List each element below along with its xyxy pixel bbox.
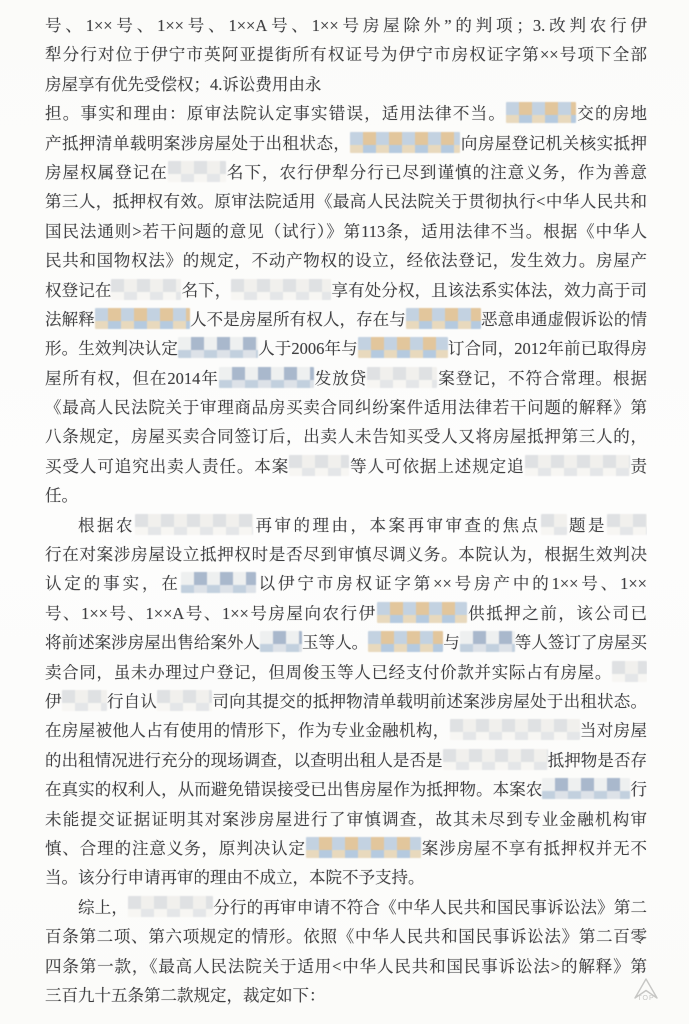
redaction-blur bbox=[157, 690, 212, 711]
document-line: 法解释人不是房屋所有权人，存在与恶意串通虚假诉讼的情 bbox=[45, 305, 647, 334]
text-run: 与 bbox=[443, 633, 460, 652]
redaction-blur bbox=[168, 161, 226, 182]
redaction-blur bbox=[541, 514, 567, 535]
text-run: 八条规定，房屋买卖合同签订后，出卖人未告知买受人又将房屋抵押第三人的， bbox=[45, 427, 647, 446]
redaction-blur bbox=[306, 837, 421, 858]
redaction-blur bbox=[367, 367, 437, 388]
court-ruling-document: 号、1××号、1××号、1××A号、1××号房屋除外”的判项；3.改判农行伊犁分… bbox=[0, 0, 689, 1010]
text-run: 认定的事实，在 bbox=[45, 574, 181, 593]
text-run: 第三人，抵押权有效。原审法院适用《最高人民法院关于贯彻执行<中华人民共和 bbox=[45, 192, 647, 211]
text-run: 号、1××号、1××A号、1××号房屋向农行伊 bbox=[45, 604, 377, 623]
text-run: 以伊宁市房权证字第××号房产中的1××号、1×× bbox=[256, 574, 647, 593]
text-run: 法解释 bbox=[45, 310, 95, 329]
redaction-blur bbox=[450, 719, 580, 740]
redaction-blur bbox=[181, 572, 256, 593]
redaction-blur bbox=[111, 279, 181, 300]
redaction-blur bbox=[525, 455, 630, 476]
document-line: 房屋享有优先受偿权；4.诉讼费用由永 bbox=[45, 70, 647, 99]
text-run: 三百九十五条第二款规定，裁定如下： bbox=[45, 986, 326, 1005]
document-line: 民共和国物权法》的规定，不动产物权的设立，经依法登记，发生效力。房屋产 bbox=[45, 246, 647, 275]
text-run: 房屋享有优先受偿权；4.诉讼费用由永 bbox=[45, 75, 321, 94]
document-line: 伊行自认司向其提交的抵押物清单载明前述案涉房屋处于出租状态。 bbox=[45, 687, 647, 716]
text-run: 产抵押清单载明案涉房屋处于出租状态， bbox=[45, 134, 350, 153]
text-run: 在房屋被他人占有使用的情形下，作为专业金融机构， bbox=[45, 721, 450, 740]
redaction-blur bbox=[219, 367, 314, 388]
text-run: 任。 bbox=[45, 486, 78, 505]
redaction-blur bbox=[135, 514, 253, 535]
redaction-blur bbox=[460, 631, 515, 652]
redaction-blur bbox=[506, 102, 576, 123]
text-run: 人不是房屋所有权人，存在与 bbox=[190, 310, 406, 329]
text-run: 的出租情况进行充分的现场调查，以查明出租人是否是 bbox=[45, 751, 443, 770]
text-run: 四条第一款，《最高人民法院关于适用<中华人民共和国民事诉讼法>的解释》第 bbox=[45, 957, 647, 976]
document-line: 将前述案涉房屋出售给案外人玉等人。与等人签订了房屋买 bbox=[45, 628, 647, 657]
text-run: 当。该分行申请再审的理由不成立，本院不予支持。 bbox=[45, 868, 425, 887]
text-run: 行 bbox=[630, 780, 647, 799]
text-run: 等人签订了房屋买 bbox=[515, 633, 647, 652]
document-line: 四条第一款，《最高人民法院关于适用<中华人民共和国民事诉讼法>的解释》第 bbox=[45, 952, 647, 981]
text-run: 未能提交证据证明其对案涉房屋进行了审慎调查，故其未尽到专业金融机构审 bbox=[45, 810, 647, 829]
text-run: 综上， bbox=[78, 898, 128, 917]
text-run: 号、1××号、1××号、1××A号、1××号房屋除外”的判项；3.改判农行伊 bbox=[45, 16, 647, 35]
redaction-blur bbox=[607, 514, 647, 535]
text-run: 百条第二项、第六项规定的情形。依照《中华人民共和国民事诉讼法》第二百零 bbox=[45, 927, 647, 946]
document-line: 在真实的权利人，从而避免错误接受已出售房屋作为抵押物。本案农行 bbox=[45, 775, 647, 804]
document-line: 买受人可追究出卖人责任。本案等人可依据上述规定追责 bbox=[45, 452, 647, 481]
text-run: 交的房地 bbox=[576, 104, 647, 123]
text-run: 买受人可追究出卖人责任。本案 bbox=[45, 457, 289, 476]
text-run: 发放贷 bbox=[314, 369, 367, 388]
text-run: 等人可依据上述规定追 bbox=[349, 457, 524, 476]
document-line: 担。事实和理由：原审法院认定事实错误，适用法律不当。交的房地 bbox=[45, 99, 647, 128]
text-run: 房屋权属登记在 bbox=[45, 163, 168, 182]
document-line: 的出租情况进行充分的现场调查，以查明出租人是否是抵押物是否存 bbox=[45, 746, 647, 775]
text-run: 权登记在 bbox=[45, 281, 111, 300]
text-run: 犁分行对位于伊宁市英阿亚提街所有权证号为伊宁市房权证字第××号项下全部 bbox=[45, 45, 647, 64]
text-run: 行在对案涉房屋设立抵押权时是否尽到审慎尽调义务。本院认为，根据生效判决 bbox=[45, 545, 647, 564]
document-line: 认定的事实，在以伊宁市房权证字第××号房产中的1××号、1×× bbox=[45, 569, 647, 598]
text-run: 人于2006年与 bbox=[258, 339, 358, 358]
text-run: 担。事实和理由：原审法院认定事实错误，适用法律不当。 bbox=[45, 104, 506, 123]
text-run: 名下， bbox=[181, 281, 231, 300]
document-line: 行在对案涉房屋设立抵押权时是否尽到审慎尽调义务。本院认为，根据生效判决 bbox=[45, 540, 647, 569]
redaction-blur bbox=[443, 749, 548, 770]
text-run: 司向其提交的抵押物清单载明前述案涉房屋处于出租状态。 bbox=[212, 692, 647, 711]
redaction-blur bbox=[62, 690, 107, 711]
text-run: 慎、合理的注意义务，原判决认定 bbox=[45, 839, 306, 858]
redaction-blur bbox=[612, 661, 647, 682]
document-line: 三百九十五条第二款规定，裁定如下： bbox=[45, 981, 647, 1010]
redaction-blur bbox=[406, 308, 481, 329]
text-run: 根据农 bbox=[78, 516, 135, 535]
redaction-blur bbox=[358, 337, 448, 358]
redaction-blur bbox=[260, 631, 302, 652]
document-line: 号、1××号、1××A号、1××号房屋向农行伊供抵押之前，该公司已 bbox=[45, 599, 647, 628]
document-line: 号、1××号、1××号、1××A号、1××号房屋除外”的判项；3.改判农行伊 bbox=[45, 11, 647, 40]
text-run: 分行的再审申请不符合《中华人民共和国民事诉讼法》第二 bbox=[213, 898, 647, 917]
document-text-block: 号、1××号、1××号、1××A号、1××号房屋除外”的判项；3.改判农行伊犁分… bbox=[45, 11, 647, 1010]
document-line: 综上，分行的再审申请不符合《中华人民共和国民事诉讼法》第二 bbox=[45, 893, 647, 922]
document-line: 任。 bbox=[45, 481, 647, 510]
text-run: 案涉房屋不享有抵押权并无不 bbox=[421, 839, 647, 858]
back-to-top-label: TOP bbox=[637, 995, 654, 1002]
text-run: 将前述案涉房屋出售给案外人 bbox=[45, 633, 260, 652]
text-run: 玉等人。 bbox=[302, 633, 368, 652]
text-run: 享有处分权，且该法系实体法，效力高于司 bbox=[331, 281, 647, 300]
text-run: 卖合同，虽未办理过户登记，但周俊玉等人已经支付价款并实际占有房屋。 bbox=[45, 663, 612, 682]
text-run: 名下，农行伊犁分行已尽到谨慎的注意义务，作为善意 bbox=[226, 163, 647, 182]
text-run: 国民法通则>若干问题的意见（试行）》第113条，适用法律不当。根据《中华人 bbox=[45, 222, 647, 241]
back-to-top-button[interactable]: TOP bbox=[625, 976, 667, 1020]
document-line: 卖合同，虽未办理过户登记，但周俊玉等人已经支付价款并实际占有房屋。 bbox=[45, 658, 647, 687]
redaction-blur bbox=[377, 602, 467, 623]
text-run: 在真实的权利人，从而避免错误接受已出售房屋作为抵押物。本案农 bbox=[45, 780, 542, 799]
document-line: 《最高人民法院关于审理商品房买卖合同纠纷案件适用法律若干问题的解释》第 bbox=[45, 393, 647, 422]
redaction-blur bbox=[350, 132, 460, 153]
text-run: 伊 bbox=[45, 692, 62, 711]
redaction-blur bbox=[289, 455, 349, 476]
document-line: 国民法通则>若干问题的意见（试行）》第113条，适用法律不当。根据《中华人 bbox=[45, 217, 647, 246]
document-line: 百条第二项、第六项规定的情形。依照《中华人民共和国民事诉讼法》第二百零 bbox=[45, 922, 647, 951]
redaction-blur bbox=[368, 631, 443, 652]
document-page: 号、1××号、1××号、1××A号、1××号房屋除外”的判项；3.改判农行伊犁分… bbox=[0, 0, 689, 1024]
document-line: 根据农再审的理由，本案再审审查的焦点题是 bbox=[45, 511, 647, 540]
document-line: 犁分行对位于伊宁市英阿亚提街所有权证号为伊宁市房权证字第××号项下全部 bbox=[45, 40, 647, 69]
document-line: 当。该分行申请再审的理由不成立，本院不予支持。 bbox=[45, 863, 647, 892]
document-line: 形。生效判决认定人于2006年与订合同，2012年前已取得房 bbox=[45, 334, 647, 363]
text-run: 订合同，2012年前已取得房 bbox=[448, 339, 647, 358]
text-run: 《最高人民法院关于审理商品房买卖合同纠纷案件适用法律若干问题的解释》第 bbox=[45, 398, 647, 417]
document-line: 在房屋被他人占有使用的情形下，作为专业金融机构，当对房屋 bbox=[45, 716, 647, 745]
document-line: 第三人，抵押权有效。原审法院适用《最高人民法院关于贯彻执行<中华人民共和 bbox=[45, 187, 647, 216]
text-run: 民共和国物权法》的规定，不动产物权的设立，经依法登记，发生效力。房屋产 bbox=[45, 251, 647, 270]
text-run: 向房屋登记机关核实抵押 bbox=[460, 134, 647, 153]
document-line: 房屋权属登记在名下，农行伊犁分行已尽到谨慎的注意义务，作为善意 bbox=[45, 158, 647, 187]
text-run: 形。生效判决认定 bbox=[45, 339, 178, 358]
text-run: 再审的理由，本案再审审查的焦点 bbox=[253, 516, 541, 535]
document-line: 屋所有权，但在2014年发放贷案登记，不符合常理。根据 bbox=[45, 364, 647, 393]
text-run: 题是 bbox=[567, 516, 608, 535]
document-line: 权登记在名下，享有处分权，且该法系实体法，效力高于司 bbox=[45, 276, 647, 305]
redaction-blur bbox=[542, 778, 630, 799]
text-run: 当对房屋 bbox=[580, 721, 647, 740]
document-line: 八条规定，房屋买卖合同签订后，出卖人未告知买受人又将房屋抵押第三人的， bbox=[45, 422, 647, 451]
text-run: 行自认 bbox=[107, 692, 157, 711]
text-run: 抵押物是否存 bbox=[548, 751, 647, 770]
redaction-blur bbox=[128, 896, 213, 917]
document-line: 未能提交证据证明其对案涉房屋进行了审慎调查，故其未尽到专业金融机构审 bbox=[45, 805, 647, 834]
redaction-blur bbox=[231, 279, 331, 300]
document-line: 产抵押清单载明案涉房屋处于出租状态，向房屋登记机关核实抵押 bbox=[45, 129, 647, 158]
text-run: 屋所有权，但在2014年 bbox=[45, 369, 219, 388]
redaction-blur bbox=[178, 337, 258, 358]
redaction-blur bbox=[95, 308, 190, 329]
text-run: 恶意串通虚假诉讼的情 bbox=[481, 310, 647, 329]
text-run: 责 bbox=[630, 457, 647, 476]
document-line: 慎、合理的注意义务，原判决认定案涉房屋不享有抵押权并无不 bbox=[45, 834, 647, 863]
text-run: 供抵押之前，该公司已 bbox=[467, 604, 647, 623]
text-run: 案登记，不符合常理。根据 bbox=[437, 369, 647, 388]
